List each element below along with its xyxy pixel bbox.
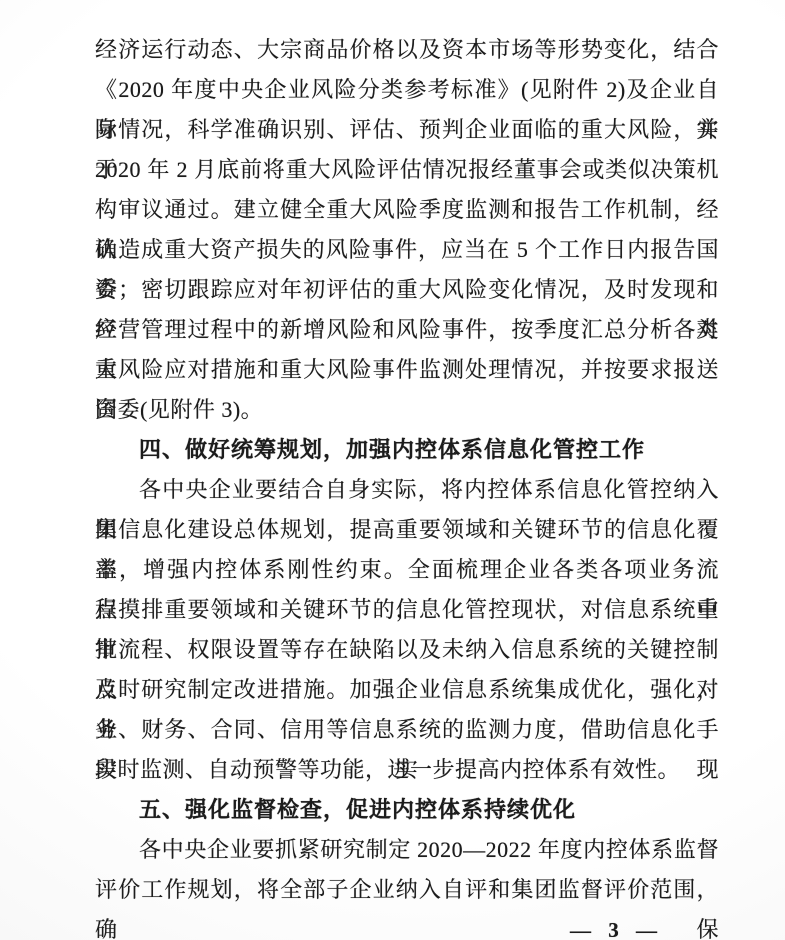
text-line: 点摸排重要领域和关键环节的信息化管控现状，对信息系统中审 xyxy=(95,590,719,630)
text-line: 经济运行动态、大宗商品价格以及资本市场等形势变化，结合 xyxy=(95,30,719,70)
text-line: 批流程、权限设置等存在缺陷以及未纳入信息系统的关键控制点， xyxy=(95,630,719,670)
section-heading-4: 四、做好统筹规划，加强内控体系信息化管控工作 xyxy=(95,430,719,470)
text-line: 实时监测、自动预警等功能，进一步提高内控体系有效性。 xyxy=(95,750,719,790)
text-line: 经营管理过程中的新增风险和风险事件，按季度汇总分析各类重 xyxy=(95,310,719,350)
text-line: 率，增强内控体系刚性约束。全面梳理企业各类各项业务流程，重 xyxy=(95,550,719,590)
text-line: 团信息化建设总体规划，提高重要领域和关键环节的信息化覆盖 xyxy=(95,510,719,550)
text-line: 评价工作规划，将全部子企业纳入自评和集团监督评价范围，确保 xyxy=(95,870,719,910)
text-line: 大风险应对措施和重大风险事件监测处理情况，并按要求报送国 xyxy=(95,350,719,390)
text-line: 及时研究制定改进措施。加强企业信息系统集成优化，强化对业 xyxy=(95,670,719,710)
text-line: 2020 年 2 月底前将重大风险评估情况报经董事会或类似决策机 xyxy=(95,150,719,190)
text-line: 资委(见附件 3)。 xyxy=(95,390,719,430)
scanned-document-page: 经济运行动态、大宗商品价格以及资本市场等形势变化，结合 《2020 年度中央企业… xyxy=(0,0,785,940)
text-line: 委；密切跟踪应对年初评估的重大风险变化情况，及时发现和应对 xyxy=(95,270,719,310)
text-line: 认造成重大资产损失的风险事件，应当在 5 个工作日内报告国资 xyxy=(95,230,719,270)
document-text-block: 经济运行动态、大宗商品价格以及资本市场等形势变化，结合 《2020 年度中央企业… xyxy=(95,30,719,910)
text-line: 务、财务、合同、信用等信息系统的监测力度，借助信息化手段实现 xyxy=(95,710,719,750)
text-line: 《2020 年度中央企业风险分类参考标准》(见附件 2)及企业自身实 xyxy=(95,70,719,110)
text-line: 构审议通过。建立健全重大风险季度监测和报告工作机制，经确 xyxy=(95,190,719,230)
text-line: 各中央企业要抓紧研究制定 2020—2022 年度内控体系监督 xyxy=(95,830,719,870)
text-line: 各中央企业要结合自身实际，将内控体系信息化管控纳入集 xyxy=(95,470,719,510)
text-line: 际情况，科学准确识别、评估、预判企业面临的重大风险，并于 xyxy=(95,110,719,150)
section-heading-5: 五、强化监督检查，促进内控体系持续优化 xyxy=(95,790,719,830)
